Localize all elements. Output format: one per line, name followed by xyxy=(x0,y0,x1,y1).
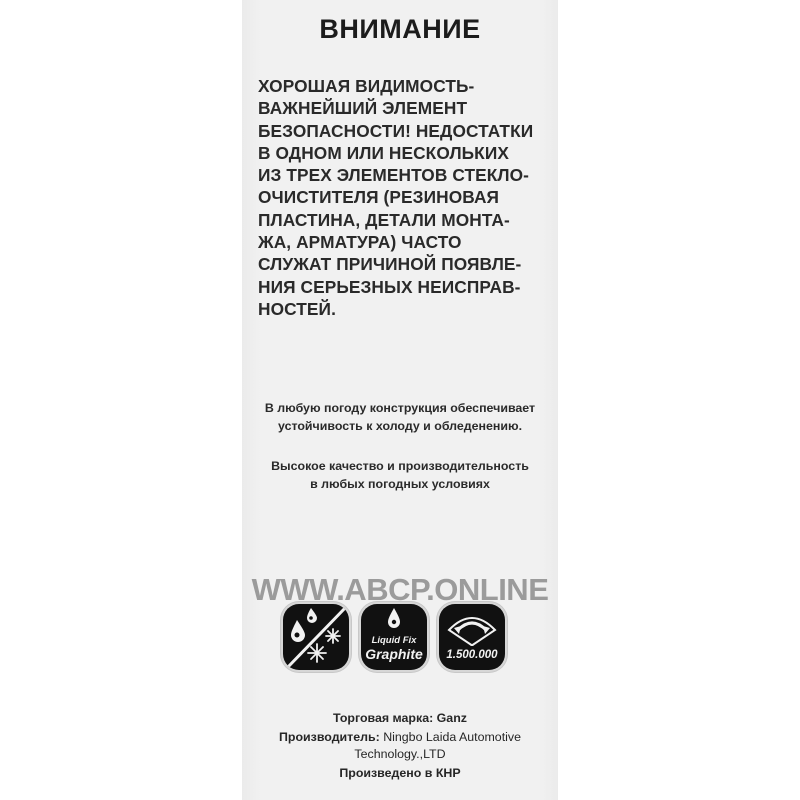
manufacturer-value: Ningbo Laida Automotive Technology.,LTD xyxy=(354,730,521,761)
product-package-panel: ВНИМАНИЕ ХОРОШАЯ ВИДИМОСТЬ- ВАЖНЕЙШИЙ ЭЛ… xyxy=(242,0,558,800)
brand-line: Торговая марка: Ganz xyxy=(242,711,558,725)
liquid-fix-graphite-icon: Liquid Fix Graphite xyxy=(361,604,427,670)
rain-snow-icon xyxy=(283,604,349,670)
feature-all-weather: Высокое качество и производительность в … xyxy=(242,457,558,493)
warning-text: ХОРОШАЯ ВИДИМОСТЬ- ВАЖНЕЙШИЙ ЭЛЕМЕНТ БЕЗ… xyxy=(258,75,558,320)
feature-cold-resistance: В любую погоду конструкция обеспечивает … xyxy=(242,399,558,435)
graphite-label: Graphite xyxy=(361,646,427,662)
page-title: ВНИМАНИЕ xyxy=(242,14,558,45)
wiper-cycles-icon: 1.500.000 xyxy=(439,604,505,670)
watermark: WWW.ABCP.ONLINE xyxy=(230,572,570,608)
liquid-fix-label: Liquid Fix xyxy=(361,635,427,646)
wiper-cycles-value: 1.500.000 xyxy=(439,649,505,661)
origin-line: Произведено в КНР xyxy=(242,766,558,780)
feature-badges: Liquid Fix Graphite 1.500.000 xyxy=(283,604,505,670)
manufacturer-line: Производитель: Ningbo Laida Automotive T… xyxy=(242,729,558,763)
manufacturer-label: Производитель: xyxy=(279,730,380,744)
